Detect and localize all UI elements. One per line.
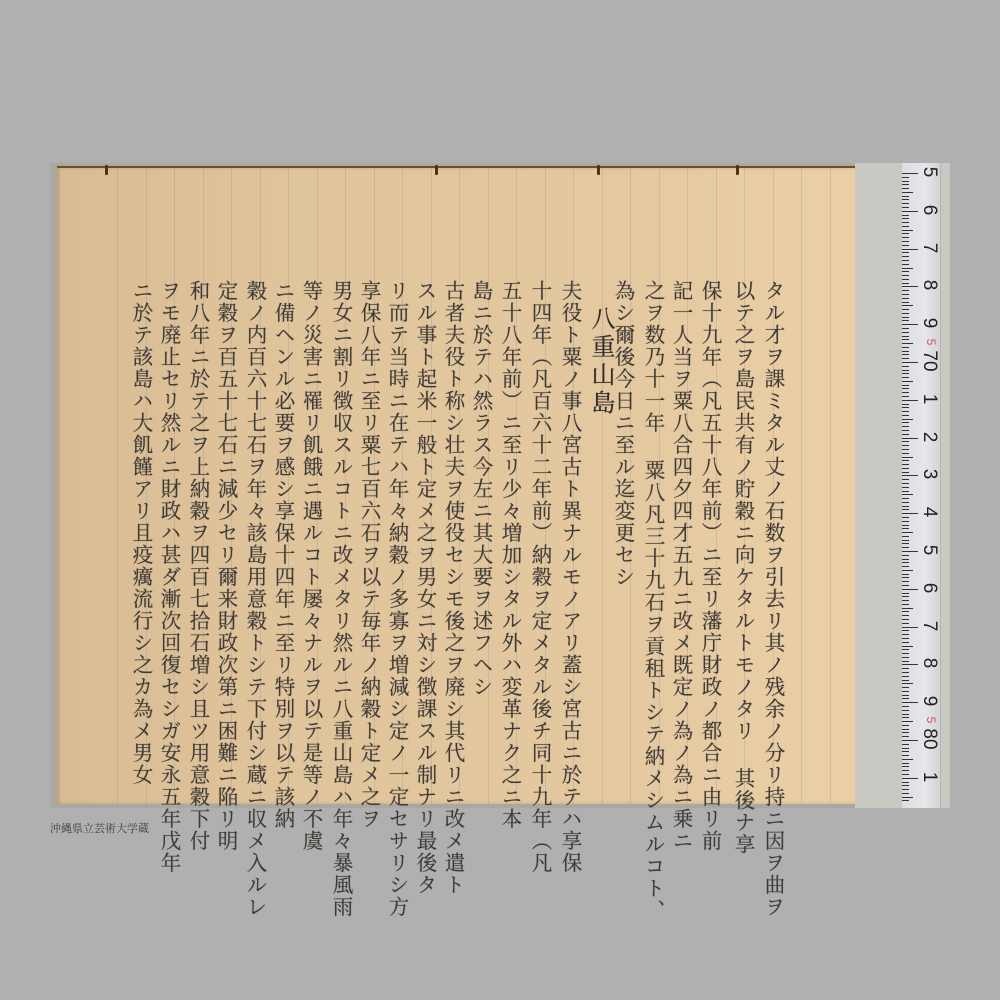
ruler-label: 1 [918,388,940,410]
ruler-tick [902,615,909,616]
ruler-tick [902,664,918,665]
ruler-tick [902,509,909,510]
ruler-tick [902,782,909,783]
ruler-tick [902,358,909,359]
ruler-tick [902,385,909,386]
ruler-tick [902,600,909,601]
ruler-tick [902,547,909,548]
ruler-tick [902,687,909,688]
ruler-tick [902,596,909,597]
ruler-tick [902,449,909,450]
text-column: 享保八年ニ至リ粟七百六石ヲ以テ毎年ノ納穀ト定メ之ヲ [356,280,382,830]
ruler-tick [902,177,909,178]
ruler-tick [902,714,909,715]
ruler-tick [902,336,909,337]
ruler-tick [902,475,918,476]
ruler-label: 5 [918,539,940,561]
ruler-tick [902,619,909,620]
ruler-tick [902,604,909,605]
ruler-tick [902,774,909,775]
ruler-tick [902,706,909,707]
ruler-tick [902,184,909,185]
ruler-label: 7 [918,615,940,637]
ruler-tick [902,729,909,730]
ruler-tick [902,347,909,348]
ruler-tick [902,430,909,431]
ruler-tick [902,290,909,291]
ruler-tick [902,483,909,484]
ruler-tick [902,778,918,779]
ruler-tick [902,608,913,609]
ruler-tick [902,585,909,586]
text-column: リ而テ当時ニ在テハ年々納穀ノ多寡ヲ増減シ定ノ一定セサリシ方 [384,280,410,918]
ruler-label: 70 [918,350,940,372]
ruler-tick [902,540,909,541]
ruler-tick [902,502,909,503]
ruler-tick [902,226,909,227]
ruler-label: 7 [918,237,940,259]
ruler-tick [902,324,918,325]
ruler-tick [902,237,909,238]
ruler-tick [902,233,909,234]
ruler-tick [902,487,909,488]
ruler-tick [902,627,918,628]
ruler-tick [902,313,909,314]
ruler-tick [902,581,909,582]
ruler-tick [902,672,909,673]
ruler-tick [902,653,909,654]
ruler-tick [902,676,909,677]
ruler-label: 6 [918,199,940,221]
text-column: 十四年（凡百六十二年前）納穀ヲ定メタル後チ同十九年（凡 [527,280,553,874]
ruler-tick [902,264,909,265]
text-column: 記一人当ヲ粟八合四夕四才五九ニ改メ既定ノ為ノ為ニ乗ニ [668,280,694,852]
ruler-tick [902,362,918,363]
ruled-line [602,168,603,804]
text-column: スル事ト起米一般ト定メ之ヲ男女ニ対シ徴課スル制ナリ最後タ [412,280,438,896]
ruler-tick [902,793,909,794]
ruler-tick [902,415,909,416]
ruler-tick [902,328,909,329]
ruler-tick [902,192,913,193]
ruler-tick [902,472,909,473]
ruler-tick [902,211,918,212]
ruler-tick [902,411,909,412]
ruler-tick [902,377,909,378]
ruler-tick [902,230,913,231]
ruler-tick [902,460,909,461]
ruler-tick [902,419,913,420]
ruler-tick [902,196,909,197]
ruler-tick [902,566,909,567]
ruler-tick [902,181,909,182]
ruler-tick [902,574,909,575]
ruled-line [801,168,802,804]
ruler-tick [902,468,909,469]
ruler-tick [902,298,909,299]
ruler-tick [902,203,909,204]
ruler-tick [902,366,909,367]
ruler-tick [902,748,909,749]
ruler-tick [902,532,913,533]
ruler-tick [902,271,909,272]
ruler-tick [902,506,909,507]
ruler-tick [902,691,909,692]
text-column: ニ備ヘンル必要ヲ感シ享保十四年ニ至リ特別ヲ以テ該納 [270,280,296,830]
ruler-tick [902,275,909,276]
ruler-tick [902,668,909,669]
ruler-tick [902,479,909,480]
ruler-tick [902,551,918,552]
ruler-tick [902,241,909,242]
ruler-tick [902,445,909,446]
ruled-line [830,168,831,804]
measuring-ruler: 567897012345678980155 [902,163,941,808]
ruler-tick [902,400,918,401]
binding-stitch [435,165,438,175]
ruler-tick [902,763,909,764]
ruler-tick [902,381,913,382]
ruler-tick [902,464,909,465]
binding-stitch [597,165,600,175]
ruler-tick [902,683,913,684]
ruler-tick [902,661,909,662]
ruler-tick [902,373,909,374]
ruled-line [117,168,118,804]
ruler-tick [902,222,909,223]
ruler-tick [902,702,918,703]
ruler-tick [902,789,909,790]
ruler-tick [902,283,909,284]
text-column: 和八年ニ於テ之ヲ上納穀ヲ四百七拾石増シ且ツ用意穀下付 [185,280,211,852]
ruler-tick [902,755,909,756]
ruler-tick [902,207,909,208]
text-column: ニ於テ該島ハ大飢饉アリ且疫癘流行シ之カ為メ男女 [128,280,154,786]
ruler-tick [902,279,909,280]
ruler-tick [902,404,909,405]
ruler-tick [902,642,909,643]
ruler-label: 80 [918,728,940,750]
ruler-tick [902,525,909,526]
ruler-tick [902,698,909,699]
ruler-tick [902,498,909,499]
ruler-tick [902,770,909,771]
ruler-tick [902,740,918,741]
ruler-tick [902,438,918,439]
ruler-label: 8 [918,652,940,674]
ruler-tick [902,611,909,612]
ruler-tick [902,422,909,423]
ruler-tick [902,268,913,269]
ruler-tick [902,354,909,355]
ruler-tick [902,710,909,711]
ruler-tick [902,634,909,635]
ruler-tick [902,286,918,287]
ruler-tick [902,736,909,737]
text-column: 等ノ災害ニ罹リ飢餓ニ遇ルコト屡々ナルヲ以テ是等ノ不虞 [298,280,324,852]
ruler-tick [902,766,909,767]
ruler-tick [902,680,909,681]
text-column: 夫役ト粟ノ事八宮古ト異ナルモノアリ蓋シ宮古ニ於テハ享保 [557,280,583,874]
ruler-tick [902,351,909,352]
ruler-tick [902,536,909,537]
text-column: タル才ヲ課ミタル丈ノ石数ヲ引去リ其ノ残余ノ分リ持ニ因ヲ曲ヲ [760,280,786,918]
ruler-tick [902,555,909,556]
ruler-tick [902,302,909,303]
ruler-tick [902,252,909,253]
ruler-tick [902,245,909,246]
ruler-tick [902,751,909,752]
ruler-tick [902,407,909,408]
ruler-tick [902,305,913,306]
text-column: 以テ之ヲ島民共有ノ貯穀ニ向ケタルトモノタリ 其後ナ享 [730,280,756,856]
ruler-tick [902,725,909,726]
ruler-tick [902,559,909,560]
ruler-tick [902,457,913,458]
manuscript-page: タル才ヲ課ミタル丈ノ石数ヲ引去リ其ノ残余ノ分リ持ニ因ヲ曲ヲ以テ之ヲ島民共有ノ貯穀… [57,166,857,804]
text-column: 穀ノ内百六十七石ヲ年々該島用意穀トシテ下付シ蔵ニ収メ入ルレ [242,280,268,918]
ruler-tick [902,370,909,371]
ruler-half-mark: 5 [924,709,938,731]
ruler-tick [902,521,909,522]
ruler-tick [902,623,909,624]
ruler-tick [902,491,909,492]
ruler-label: 3 [918,463,940,485]
ruler-tick [902,317,909,318]
ruler-tick [902,577,909,578]
ruler-tick [902,797,913,798]
text-column: 五十八年前）ニ至リ少々増加シタル外ハ変革ナク之ニ本 [497,280,523,830]
ruler-tick [902,717,909,718]
text-column: ヲモ廃止セリ然ルニ財政ハ甚ダ漸次回復セシガ安永五年戊年 [156,280,182,874]
text-column: 之ヲ数乃十一年 粟八凡三十九石ヲ貢租トシテ納メシムルコト、 [640,280,666,922]
ruler-tick [902,494,913,495]
binding-stitch [736,165,739,175]
ruler-tick [902,721,913,722]
section-heading: 八重山島 [588,306,614,418]
ruler-tick [902,732,909,733]
ruler-tick [902,426,909,427]
text-column: 定穀ヲ百五十七石ニ減少セリ爾来財政次第ニ困難ニ陥リ明 [213,280,239,852]
text-column: 島ニ於テハ然ラス今左ニ其大要ヲ述フヘシ [468,280,494,698]
ruler-tick [902,218,909,219]
text-column: 古者夫役ト称シ壮夫ヲ使役セシモ後之ヲ廃シ其代リニ改メ遣ト [440,280,466,896]
ruler-tick [902,800,909,801]
text-column: 男女ニ割リ徴収スルコトニ改メタリ然ルニ八重山島ハ年々暴風雨 [328,280,354,918]
ruler-tick [902,593,909,594]
ruler-tick [902,744,909,745]
ruler-label: 2 [918,426,940,448]
ruler-tick [902,173,918,174]
ruler-tick [902,339,909,340]
binding-stitch [105,165,108,175]
ruler-tick [902,309,909,310]
ruler-tick [902,392,909,393]
ruler-tick [902,256,909,257]
ruler-tick [902,570,913,571]
ruler-tick [902,343,913,344]
ruler-tick [902,513,918,514]
ruler-tick [902,759,913,760]
ruler-label: 8 [918,274,940,296]
ruler-label: 6 [918,577,940,599]
ruler-tick [902,657,909,658]
ruler-tick [902,441,909,442]
ruler-tick [902,649,909,650]
ruler-tick [902,294,909,295]
ruler-tick [902,695,909,696]
text-column: 保十九年（凡五十八年前）ニ至リ藩庁財政ノ都合ニ由リ前 [697,280,723,852]
ruler-label: 5 [918,161,940,183]
ruler-tick [902,562,909,563]
ruler-tick [902,199,909,200]
ruler-tick [902,249,918,250]
ruler-tick [902,646,913,647]
collection-credit: 沖縄県立芸術大学蔵 [50,820,149,836]
ruler-tick [902,434,909,435]
ruler-tick [902,396,909,397]
ruler-tick [902,517,909,518]
ruler-tick [902,188,909,189]
ruler-tick [902,388,909,389]
ruler-tick [902,543,909,544]
ruler-tick [902,332,909,333]
ruler-tick [902,528,909,529]
ruler-half-mark: 5 [924,331,938,353]
ruler-tick [902,589,918,590]
ruler-tick [902,638,909,639]
ruler-tick [902,260,909,261]
ruler-tick [902,630,909,631]
ruler-label: 4 [918,501,940,523]
ruler-tick [902,785,909,786]
ruler-tick [902,453,909,454]
ruler-tick [902,215,909,216]
ruler-tick [902,320,909,321]
ruler-label: 1 [918,766,940,788]
